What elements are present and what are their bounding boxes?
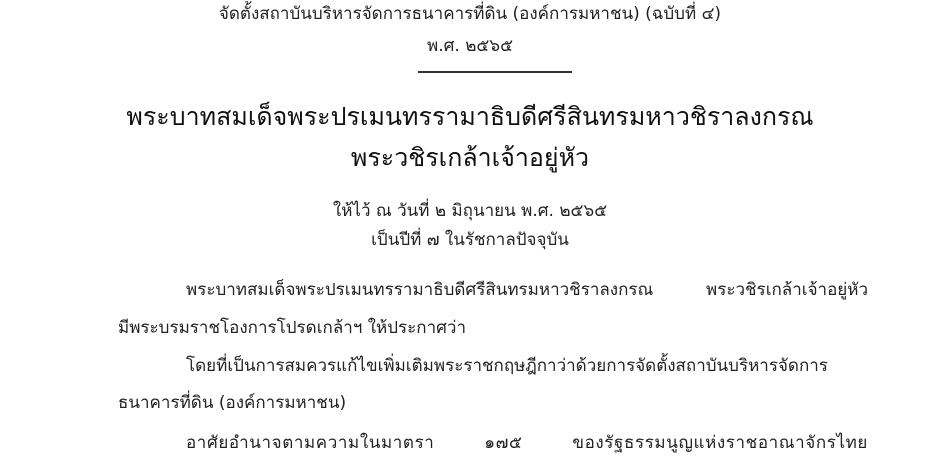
paragraph-2-line-2: ธนาคารที่ดิน (องค์การมหาชน) <box>118 395 346 412</box>
paragraph-3-line-1: อาศัยอำนาจตามความในมาตรา ๑๗๕ ของรัฐธรรมน… <box>186 435 868 452</box>
decree-year: พ.ศ. ๒๕๖๕ <box>0 38 940 55</box>
paragraph-1-line-2: มีพระบรมราชโองการโปรดเกล้าฯ ให้ประกาศว่า <box>118 320 466 337</box>
king-name-line-2: พระวชิรเกล้าเจ้าอยู่หัว <box>0 145 940 170</box>
paragraph-1-line-1: พระบาทสมเด็จพระปรเมนทรรามาธิบดีศรีสินทรม… <box>186 282 868 299</box>
paragraph-2-line-1: โดยที่เป็นการสมควรแก้ไขเพิ่มเติมพระราชกฤ… <box>186 358 868 375</box>
title-divider <box>418 71 572 73</box>
given-date: ให้ไว้ ณ วันที่ ๒ มิถุนายน พ.ศ. ๒๕๖๕ <box>0 203 940 220</box>
reign-year: เป็นปีที่ ๗ ในรัชกาลปัจจุบัน <box>0 232 940 249</box>
royal-decree-page: จัดตั้งสถาบันบริหารจัดการธนาคารที่ดิน (อ… <box>0 0 940 470</box>
decree-title-line: จัดตั้งสถาบันบริหารจัดการธนาคารที่ดิน (อ… <box>0 6 940 23</box>
king-name-line-1: พระบาทสมเด็จพระปรเมนทรรามาธิบดีศรีสินทรม… <box>0 104 940 129</box>
